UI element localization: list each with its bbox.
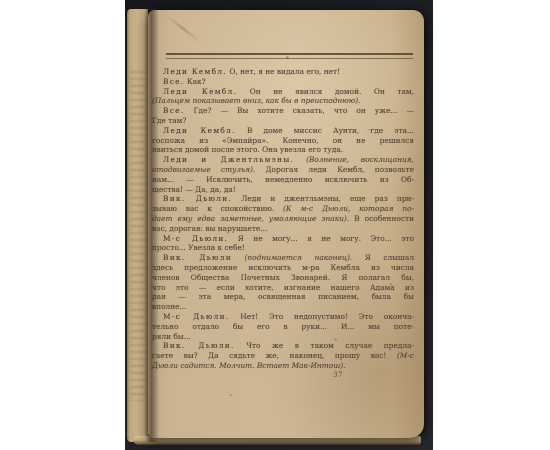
- dialogue-text: О, нет, я не видала его, нет!: [227, 67, 340, 76]
- dialogue-text: здесь предложение исключить м-ра Кембла …: [152, 263, 414, 272]
- stage-direction: (Волнение, восклицания,: [294, 155, 414, 164]
- text-line: Леди Кембл. В доме миссис Аунти, где эта…: [152, 126, 414, 136]
- text-line: явиться домой после этого. Она увезла ег…: [152, 145, 414, 155]
- dialogue-text: В доме миссис Аунти, где эта...: [236, 126, 414, 135]
- dialogue-text: Леди и джентльмэны, еще раз при-: [232, 194, 414, 203]
- dialogue-text: Дорогая леди Кембл, позвольте: [255, 165, 414, 174]
- dialogue-text: Как?: [185, 77, 206, 86]
- dialogue-text: В особенности: [349, 214, 414, 223]
- text-line: членов Общества Почетных Звонарей. Я пол…: [152, 273, 414, 283]
- text-line: рая — эта мера, освященная писанием, был…: [152, 292, 414, 302]
- dialogue-text: вас, дорогая: вы нарушаете...: [152, 224, 267, 233]
- text-line: здесь предложение исключить м-ра Кембла …: [152, 263, 414, 273]
- text-line: Вик. Дьюли. Что же в таком случае предла…: [152, 341, 414, 351]
- speaker-name: Леди и Джентльмэны.: [163, 155, 294, 164]
- paper-crease: [165, 14, 202, 44]
- speaker-name: Леди Кембл.: [163, 67, 227, 76]
- page-number: 37: [333, 371, 343, 379]
- dialogue-text: Я не могу... я не могу. Это... это: [228, 234, 414, 243]
- dialogue-text: просто... Увезла к себе!: [152, 243, 245, 252]
- text-line: госпожа из «Эмпайра». Конечно, он не реш…: [152, 136, 414, 146]
- dialogue-text: Я слышал: [352, 253, 414, 262]
- photo-backdrop: * Леди Кембл. О, нет, я не видала его, н…: [125, 0, 433, 450]
- text-line: М-с Дьюли. Нет! Это недопустимо! Это око…: [152, 312, 414, 322]
- scene-divider-rule: [166, 53, 413, 59]
- speaker-name: Леди Кембл.: [163, 126, 236, 135]
- text-line: Дьюли садится. Молчит. Встает Мак-Интош)…: [152, 361, 414, 371]
- text-line: Все. Где? — Вы хотите сказать, что он уж…: [152, 106, 414, 116]
- play-text: Леди Кембл. О, нет, я не видала его, нет…: [152, 67, 414, 371]
- dialogue-text: что это — если хотите, изгнание нашего А…: [152, 283, 414, 292]
- section-separator-mark: *: [286, 57, 289, 63]
- text-line: М-с Дьюли. Я не могу... я не могу. Это..…: [152, 234, 414, 244]
- stage-direction: (М-с: [397, 351, 414, 360]
- dialogue-text: Где? — Вы хотите сказать, что он уже... …: [185, 106, 415, 115]
- dialogue-text: явиться домой после этого. Она увезла ег…: [152, 145, 343, 154]
- text-line: Леди Кембл. Он не явился домой. Он там,: [152, 87, 414, 97]
- dialogue-text: тельно отдало бы его в руки... И... мы п…: [152, 322, 414, 331]
- text-line: щества! — Да, да, да!: [152, 185, 414, 195]
- book-gutter-shadow: [145, 8, 159, 442]
- dialogue-text: нам... — Исключить, немедленно исключить…: [152, 175, 414, 184]
- stage-direction: Дьюли садится. Молчит. Встает Мак-Интош)…: [152, 361, 345, 370]
- text-line: Вик. Дьюли (поднимается наконец). Я слыш…: [152, 253, 414, 263]
- text-line: тельно отдало бы его в руки... И... мы п…: [152, 322, 414, 332]
- speaker-name: Леди Кембл.: [163, 87, 237, 96]
- book-page: * Леди Кембл. О, нет, я не видала его, н…: [148, 10, 548, 438]
- speaker-name: М-с Дьюли.: [163, 234, 228, 243]
- dialogue-text: зываю вас к спокойствию.: [152, 204, 283, 213]
- stage-direction: отодвигаемые стулья).: [152, 165, 255, 174]
- speaker-name: Вик. Дьюли.: [163, 194, 232, 203]
- text-line: Вик. Дьюли. Леди и джентльмэны, еще раз …: [152, 194, 414, 204]
- text-line: отодвигаемые стулья). Дорогая леди Кембл…: [152, 165, 414, 175]
- text-line: вполне...: [152, 302, 414, 312]
- speaker-name: М-с Дьюли.: [163, 312, 229, 321]
- stage-direction: дает ему едва заметные, умоляющие знаки)…: [152, 214, 349, 223]
- stage-direction: (Пальцем показывает вниз, как бы в преис…: [152, 96, 361, 105]
- dialogue-text: Что же в таком случае предла-: [235, 341, 414, 350]
- facing-page-ghost-text: [130, 71, 146, 401]
- speaker-name: Все.: [163, 106, 185, 115]
- text-line: Где там?: [152, 116, 414, 126]
- stage-direction: (К м-с Дьюли, которая по-: [283, 204, 414, 213]
- text-line: Все. Как?: [152, 77, 414, 87]
- dialogue-text: Он не явился домой. Он там,: [237, 87, 414, 96]
- text-line: вас, дорогая: вы нарушаете...: [152, 224, 414, 234]
- speaker-name: Вик. Дьюли: [163, 253, 232, 262]
- text-line: нам... — Исключить, немедленно исключить…: [152, 175, 414, 185]
- speaker-name: Все.: [163, 77, 185, 86]
- dialogue-text: Нет! Это недопустимо! Это оконча-: [229, 312, 414, 321]
- stage-direction: (поднимается наконец).: [232, 253, 352, 262]
- text-line: зываю вас к спокойствию. (К м-с Дьюли, к…: [152, 204, 414, 214]
- text-line: что это — если хотите, изгнание нашего А…: [152, 283, 414, 293]
- text-line: Леди Кембл. О, нет, я не видала его, нет…: [152, 67, 414, 77]
- text-line: (Пальцем показывает вниз, как бы в преис…: [152, 96, 414, 106]
- text-line: просто... Увезла к себе!: [152, 243, 414, 253]
- dialogue-text: членов Общества Почетных Звонарей. Я пол…: [152, 273, 414, 282]
- dialogue-text: щества! — Да, да, да!: [152, 185, 236, 194]
- page-paper: * Леди Кембл. О, нет, я не видала его, н…: [148, 10, 424, 438]
- text-line: Леди и Джентльмэны. (Волнение, восклицан…: [152, 155, 414, 165]
- book-photo-screenshot: * Леди Кембл. О, нет, я не видала его, н…: [0, 0, 550, 450]
- dialogue-text: рая — эта мера, освященная писанием, был…: [152, 292, 414, 301]
- text-line: гаете вы? Да сядьте же, наконец, прошу в…: [152, 351, 414, 361]
- dialogue-text: госпожа из «Эмпайра». Конечно, он не реш…: [152, 136, 414, 145]
- text-line: дает ему едва заметные, умоляющие знаки)…: [152, 214, 414, 224]
- text-line: ряли бы...: [152, 332, 414, 342]
- speaker-name: Вик. Дьюли.: [163, 341, 235, 350]
- dialogue-text: гаете вы? Да сядьте же, наконец, прошу в…: [152, 351, 397, 360]
